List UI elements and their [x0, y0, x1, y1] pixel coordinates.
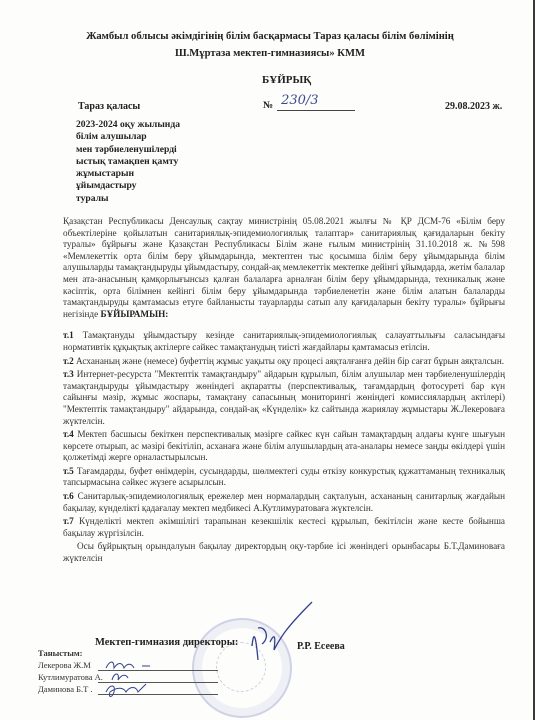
subject-line: мен тәрбиеленушілерді [76, 144, 236, 156]
order-item-1: т.1 Тамақтануды ұйымдастыру кезінде сани… [63, 330, 505, 353]
director-name: Р.Р. Есеева [297, 641, 345, 652]
intro-paragraph: Қазақстан Республикасы Денсаулық сақтау … [63, 216, 505, 320]
order-city: Тараз қаласы [78, 101, 140, 112]
acquainted-row: Даминова Б.Т . [38, 684, 103, 696]
order-word: БҰЙЫРАМЫН: [100, 309, 168, 319]
number-label: № [263, 100, 273, 111]
subject-line: білім алушылар [76, 131, 236, 143]
subject-line: жұмыстарын [76, 168, 236, 180]
item-label: т.3 [63, 369, 74, 379]
director-signature-icon [240, 598, 320, 678]
item-text: Күнделікті мектеп әкімшілігі тарапынан к… [63, 516, 505, 538]
order-document-page: Жамбыл облысы әкімдігінің білім басқарма… [0, 0, 535, 720]
acquainted-label: Таныстым: [38, 648, 103, 660]
acquainted-name: Лекерова Ж.М [38, 660, 91, 670]
acquainted-section: Таныстым: Лекерова Ж.М Кутлимуратова А. … [38, 648, 103, 696]
order-item-4: т.4 Мектеп басшысы бекіткен перспективал… [63, 429, 505, 464]
item-text: Санитарлық-эпидемиологиялық ережелер мен… [63, 491, 505, 513]
item-label: т.2 [63, 356, 74, 366]
order-item-7: т.7 Күнделікті мектеп әкімшілігі тарапын… [63, 516, 505, 539]
order-subject: 2023-2024 оқу жылында білім алушылар мен… [76, 119, 236, 205]
item-label: т.1 [63, 330, 74, 340]
order-body: Қазақстан Республикасы Денсаулық сақтау … [63, 216, 505, 565]
order-date: 29.08.2023 ж. [445, 101, 502, 112]
item-label: т.4 [63, 429, 74, 439]
acquainted-name: Кутлимуратова А. [38, 672, 103, 682]
subject-line: туралы [76, 193, 236, 205]
order-item-6: т.6 Санитарлық-эпидемиологиялық ережелер… [63, 491, 505, 514]
item-label: т.7 [63, 516, 74, 526]
order-item-2: т.2 Асхананың және (немесе) буфеттің жұм… [63, 356, 505, 368]
intro-text: Қазақстан Республикасы Денсаулық сақтау … [63, 216, 505, 319]
item-text: Тағамдарды, буфет өнімдерін, сусындарды,… [63, 466, 505, 488]
handwritten-number: 230/3 [281, 93, 318, 108]
item-text: Интернет-ресурста "Мектептік тамақтандыр… [63, 369, 505, 425]
item-text: Тамақтануды ұйымдастыру кезінде санитари… [63, 330, 505, 352]
header-line-1: Жамбыл облысы әкімдігінің білім басқарма… [60, 28, 480, 45]
item-text: Мектеп басшысы бекіткен перспективалық м… [63, 429, 505, 462]
handwritten-signature-icon [102, 680, 152, 700]
control-paragraph: Осы бұйрықтың орындалуын бақылау директо… [63, 541, 505, 564]
order-item-3: т.3 Интернет-ресурста "Мектептік тамақта… [63, 369, 505, 427]
item-label: т.6 [63, 491, 74, 501]
subject-line: 2023-2024 оқу жылында [76, 119, 236, 131]
acquainted-row: Лекерова Ж.М [38, 660, 103, 672]
order-title: БҰЙРЫҚ [262, 74, 311, 86]
subject-line: ұйымдастыру [76, 180, 236, 192]
acquainted-row: Кутлимуратова А. [38, 672, 103, 684]
number-line: 230/3 [277, 98, 355, 111]
header-line-2: Ш.Мұртаза мектеп-гимназиясы» КММ [60, 45, 480, 62]
order-number: №230/3 [263, 98, 355, 111]
document-header: Жамбыл облысы әкімдігінің білім басқарма… [60, 28, 480, 62]
subject-line: ыстық тамақпен қамту [76, 156, 236, 168]
item-label: т.5 [63, 466, 74, 476]
director-position: Мектеп-гимназия директоры: [95, 637, 238, 648]
acquainted-name: Даминова Б.Т . [38, 684, 93, 694]
order-item-5: т.5 Тағамдарды, буфет өнімдерін, сусында… [63, 466, 505, 489]
item-text: Асхананың және (немесе) буфеттің жұмыс у… [76, 356, 504, 366]
